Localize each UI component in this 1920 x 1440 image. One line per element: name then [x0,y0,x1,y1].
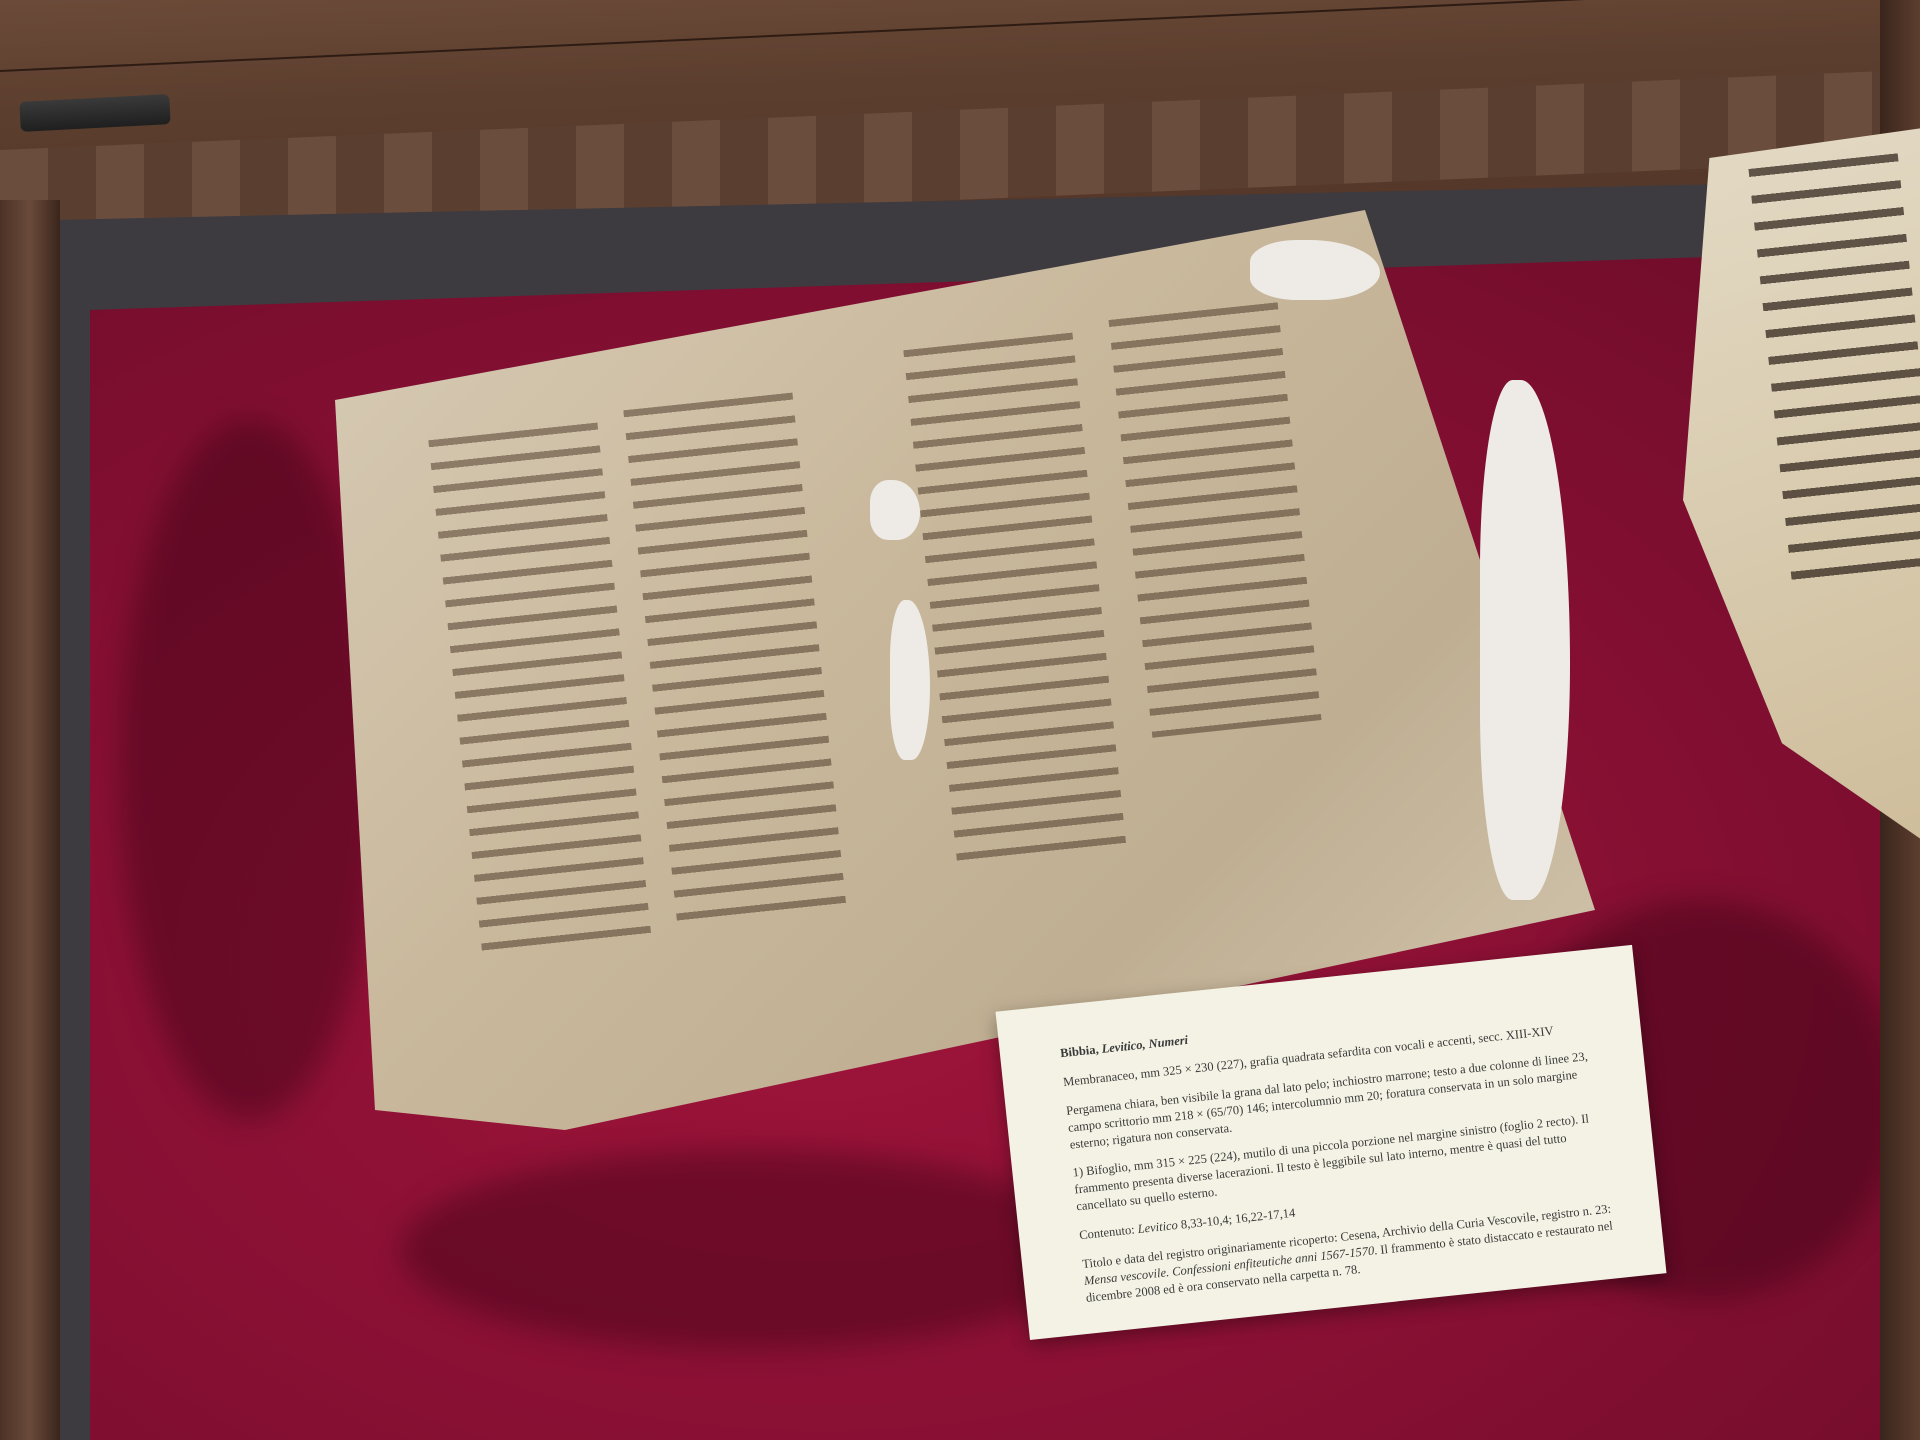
exhibit-label-card: Bibbia, Levitico, Numeri Membranaceo, mm… [996,945,1667,1340]
velvet-fold [120,420,380,1120]
velvet-fold [400,1150,1100,1350]
case-frame-left [0,200,60,1440]
